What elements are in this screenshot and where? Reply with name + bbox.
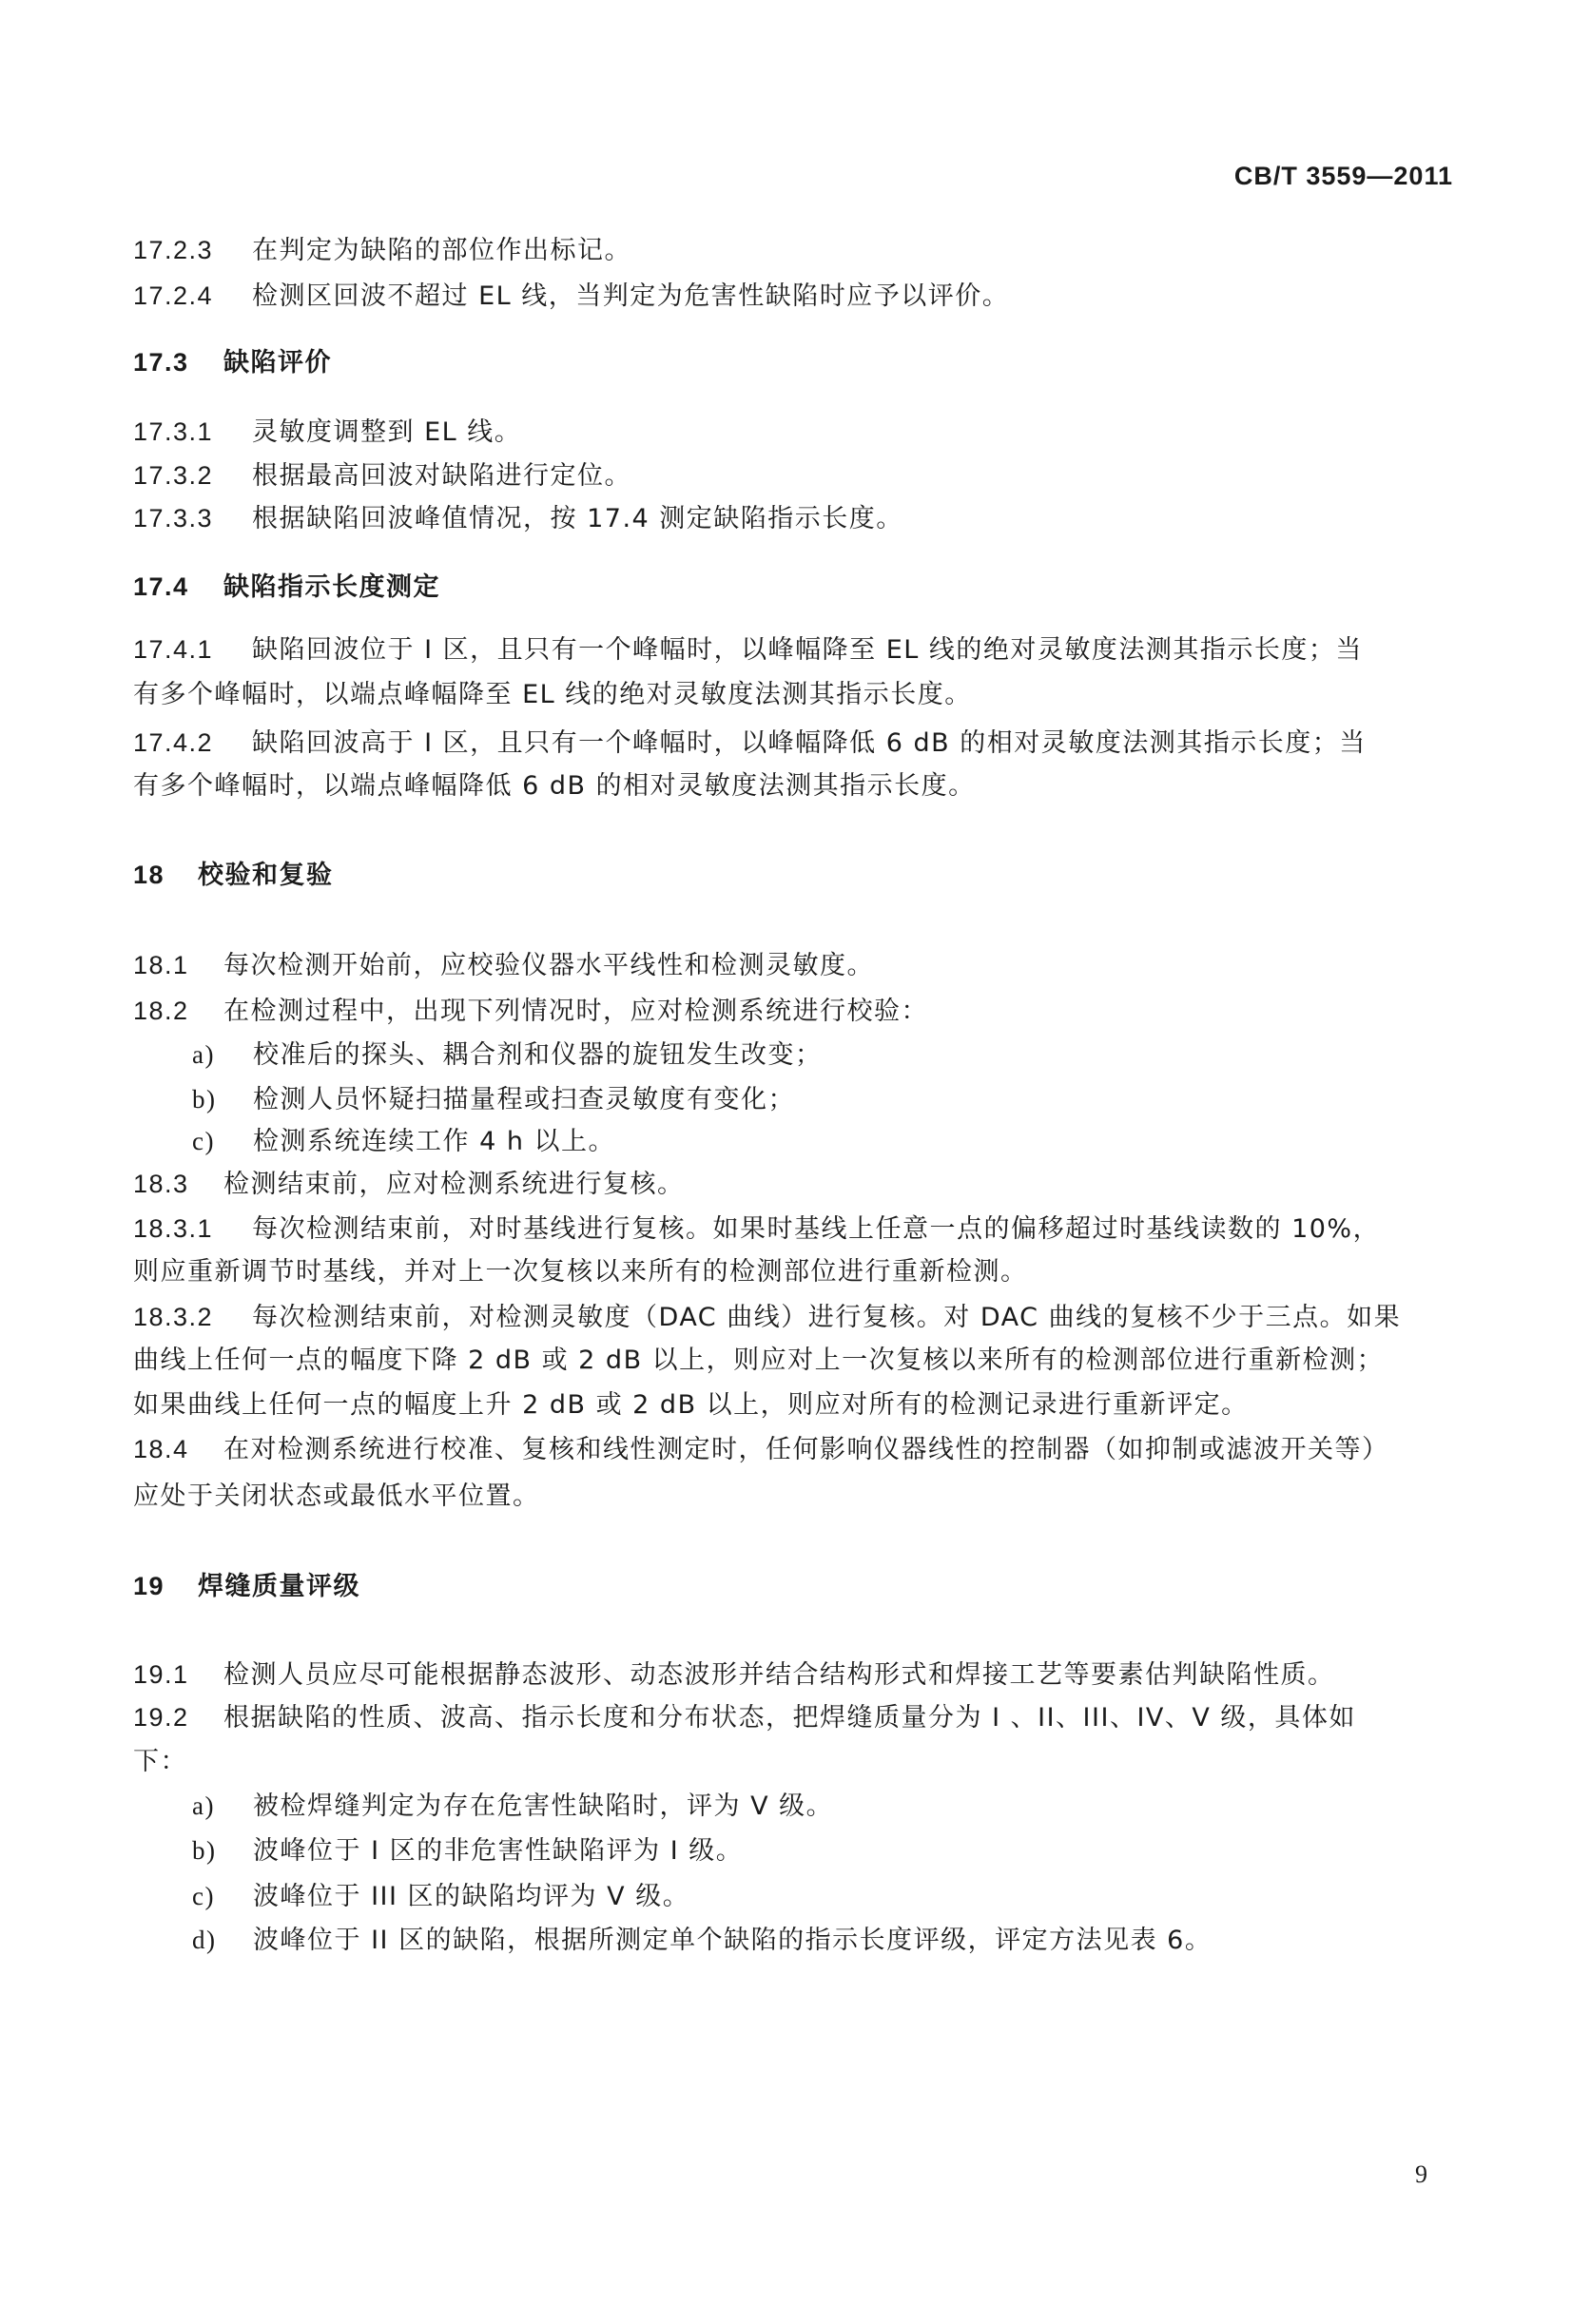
clause-number: 17.2.3 (133, 231, 252, 269)
clause-18-3-2-cont1: 曲线上任何一点的幅度下降 2 dB 或 2 dB 以上，则应对上一次复核以来所有… (133, 1342, 1384, 1380)
clause-18-3-1-cont: 则应重新调节时基线，并对上一次复核以来所有的检测部位进行重新检测。 (133, 1253, 1028, 1291)
clause-text: 在判定为缺陷的部位作出标记。 (252, 236, 631, 265)
list-text: 波峰位于 III 区的缺陷均评为 V 级。 (253, 1882, 689, 1911)
clause-number: 18.3.1 (133, 1210, 252, 1248)
list-marker: b) (192, 1080, 253, 1118)
section-title: 缺陷指示长度测定 (223, 572, 440, 602)
list-text: 被检焊缝判定为存在危害性缺陷时，评为 V 级。 (253, 1791, 833, 1821)
clause-18-3-1: 18.3.1每次检测结束前，对时基线进行复核。如果时基线上任意一点的偏移超过时基… (133, 1210, 1380, 1249)
list-text: 校准后的探头、耦合剂和仪器的旋钮发生改变； (253, 1040, 823, 1070)
clause-18-4-cont: 应处于关闭状态或最低水平位置。 (133, 1478, 540, 1516)
chapter-title: 焊缝质量评级 (198, 1572, 360, 1601)
clause-18-1: 18.1每次检测开始前，应校验仪器水平线性和检测灵敏度。 (133, 946, 874, 985)
clause-number: 18.3 (133, 1165, 223, 1203)
list-marker: a) (192, 1036, 253, 1074)
clause-18-3-2: 18.3.2每次检测结束前，对检测灵敏度（DAC 曲线）进行复核。对 DAC 曲… (133, 1298, 1401, 1337)
clause-text: 检测区回波不超过 EL 线，当判定为危害性缺陷时应予以评价。 (252, 281, 1009, 311)
clause-number: 19.2 (133, 1698, 223, 1736)
clause-18-3-2-cont2: 如果曲线上任何一点的幅度上升 2 dB 或 2 dB 以上，则应对所有的检测记录… (133, 1386, 1249, 1424)
clause-text: 检测人员应尽可能根据静态波形、动态波形并结合结构形式和焊接工艺等要素估判缺陷性质… (223, 1660, 1335, 1690)
list-text: 波峰位于 I 区的非危害性缺陷评为 I 级。 (253, 1836, 743, 1866)
page-number: 9 (1415, 2160, 1427, 2189)
clause-text: 根据最高回波对缺陷进行定位。 (252, 461, 631, 491)
list-item-19-2-c: c)波峰位于 III 区的缺陷均评为 V 级。 (192, 1877, 689, 1916)
chapter-heading-18: 18校验和复验 (133, 856, 334, 895)
chapter-heading-19: 19焊缝质量评级 (133, 1567, 360, 1606)
clause-17-4-1: 17.4.1缺陷回波位于 I 区，且只有一个峰幅时，以峰幅降至 EL 线的绝对灵… (133, 630, 1363, 669)
clause-text: 每次检测开始前，应校验仪器水平线性和检测灵敏度。 (223, 951, 874, 980)
list-item-18-2-a: a)校准后的探头、耦合剂和仪器的旋钮发生改变； (192, 1036, 823, 1075)
list-item-18-2-b: b)检测人员怀疑扫描量程或扫查灵敏度有变化； (192, 1080, 795, 1119)
list-item-18-2-c: c)检测系统连续工作 4 h 以上。 (192, 1122, 615, 1161)
clause-text-line1: 根据缺陷的性质、波高、指示长度和分布状态，把焊缝质量分为 I 、II、III、I… (223, 1703, 1356, 1733)
section-heading-17-3: 17.3缺陷评价 (133, 343, 332, 382)
clause-number: 17.4.1 (133, 630, 252, 668)
list-marker: c) (192, 1877, 253, 1915)
list-item-19-2-a: a)被检焊缝判定为存在危害性缺陷时，评为 V 级。 (192, 1787, 833, 1826)
list-marker: c) (192, 1122, 253, 1160)
clause-19-2-cont: 下： (133, 1743, 187, 1781)
chapter-number: 18 (133, 856, 198, 894)
clause-text-line1: 缺陷回波高于 I 区，且只有一个峰幅时，以峰幅降低 6 dB 的相对灵敏度法测其… (252, 728, 1367, 758)
standard-code-header: CB/T 3559—2011 (1234, 162, 1453, 191)
clause-17-3-3: 17.3.3根据缺陷回波峰值情况，按 17.4 测定缺陷指示长度。 (133, 499, 903, 538)
section-number: 17.4 (133, 568, 223, 606)
clause-18-2: 18.2在检测过程中，出现下列情况时，应对检测系统进行校验： (133, 992, 928, 1031)
clause-17-2-4: 17.2.4检测区回波不超过 EL 线，当判定为危害性缺陷时应予以评价。 (133, 277, 1009, 316)
chapter-title: 校验和复验 (198, 861, 334, 890)
clause-18-4: 18.4在对检测系统进行校准、复核和线性测定时，任何影响仪器线性的控制器（如抑制… (133, 1430, 1389, 1469)
chapter-number: 19 (133, 1567, 198, 1605)
clause-19-2: 19.2根据缺陷的性质、波高、指示长度和分布状态，把焊缝质量分为 I 、II、I… (133, 1698, 1356, 1737)
clause-text-line1: 每次检测结束前，对时基线进行复核。如果时基线上任意一点的偏移超过时基线读数的 1… (252, 1214, 1380, 1244)
list-text: 波峰位于 II 区的缺陷，根据所测定单个缺陷的指示长度评级，评定方法见表 6。 (253, 1926, 1212, 1955)
clause-number: 18.4 (133, 1430, 223, 1468)
list-marker: a) (192, 1787, 253, 1825)
section-number: 17.3 (133, 343, 223, 381)
clause-number: 18.2 (133, 992, 223, 1030)
list-item-19-2-b: b)波峰位于 I 区的非危害性缺陷评为 I 级。 (192, 1831, 743, 1870)
clause-number: 18.1 (133, 946, 223, 984)
list-marker: d) (192, 1921, 253, 1959)
clause-number: 18.3.2 (133, 1298, 252, 1336)
clause-text-line1: 在对检测系统进行校准、复核和线性测定时，任何影响仪器线性的控制器（如抑制或滤波开… (223, 1435, 1389, 1464)
section-heading-17-4: 17.4缺陷指示长度测定 (133, 568, 440, 607)
clause-number: 17.3.1 (133, 413, 252, 451)
clause-17-2-3: 17.2.3在判定为缺陷的部位作出标记。 (133, 231, 631, 270)
list-text: 检测系统连续工作 4 h 以上。 (253, 1127, 615, 1156)
clause-17-3-1: 17.3.1灵敏度调整到 EL 线。 (133, 413, 521, 452)
clause-number: 17.3.3 (133, 499, 252, 537)
clause-19-1: 19.1检测人员应尽可能根据静态波形、动态波形并结合结构形式和焊接工艺等要素估判… (133, 1656, 1335, 1695)
clause-text: 灵敏度调整到 EL 线。 (252, 417, 521, 447)
clause-text-line1: 缺陷回波位于 I 区，且只有一个峰幅时，以峰幅降至 EL 线的绝对灵敏度法测其指… (252, 635, 1363, 665)
list-text: 检测人员怀疑扫描量程或扫查灵敏度有变化； (253, 1085, 795, 1114)
clause-18-3: 18.3检测结束前，应对检测系统进行复核。 (133, 1165, 685, 1204)
clause-17-4-1-cont: 有多个峰幅时，以端点峰幅降至 EL 线的绝对灵敏度法测其指示长度。 (133, 676, 972, 714)
list-item-19-2-d: d)波峰位于 II 区的缺陷，根据所测定单个缺陷的指示长度评级，评定方法见表 6… (192, 1921, 1212, 1960)
clause-17-3-2: 17.3.2根据最高回波对缺陷进行定位。 (133, 456, 631, 495)
section-title: 缺陷评价 (223, 348, 332, 378)
clause-text: 在检测过程中，出现下列情况时，应对检测系统进行校验： (223, 997, 928, 1026)
list-marker: b) (192, 1831, 253, 1869)
clause-text: 检测结束前，应对检测系统进行复核。 (223, 1170, 685, 1199)
clause-17-4-2: 17.4.2缺陷回波高于 I 区，且只有一个峰幅时，以峰幅降低 6 dB 的相对… (133, 724, 1367, 763)
clause-number: 19.1 (133, 1656, 223, 1694)
clause-number: 17.2.4 (133, 277, 252, 315)
clause-number: 17.4.2 (133, 724, 252, 762)
clause-17-4-2-cont: 有多个峰幅时，以端点峰幅降低 6 dB 的相对灵敏度法测其指示长度。 (133, 767, 976, 805)
clause-number: 17.3.2 (133, 456, 252, 494)
clause-text-line1: 每次检测结束前，对检测灵敏度（DAC 曲线）进行复核。对 DAC 曲线的复核不少… (252, 1303, 1401, 1332)
clause-text: 根据缺陷回波峰值情况，按 17.4 测定缺陷指示长度。 (252, 504, 903, 533)
